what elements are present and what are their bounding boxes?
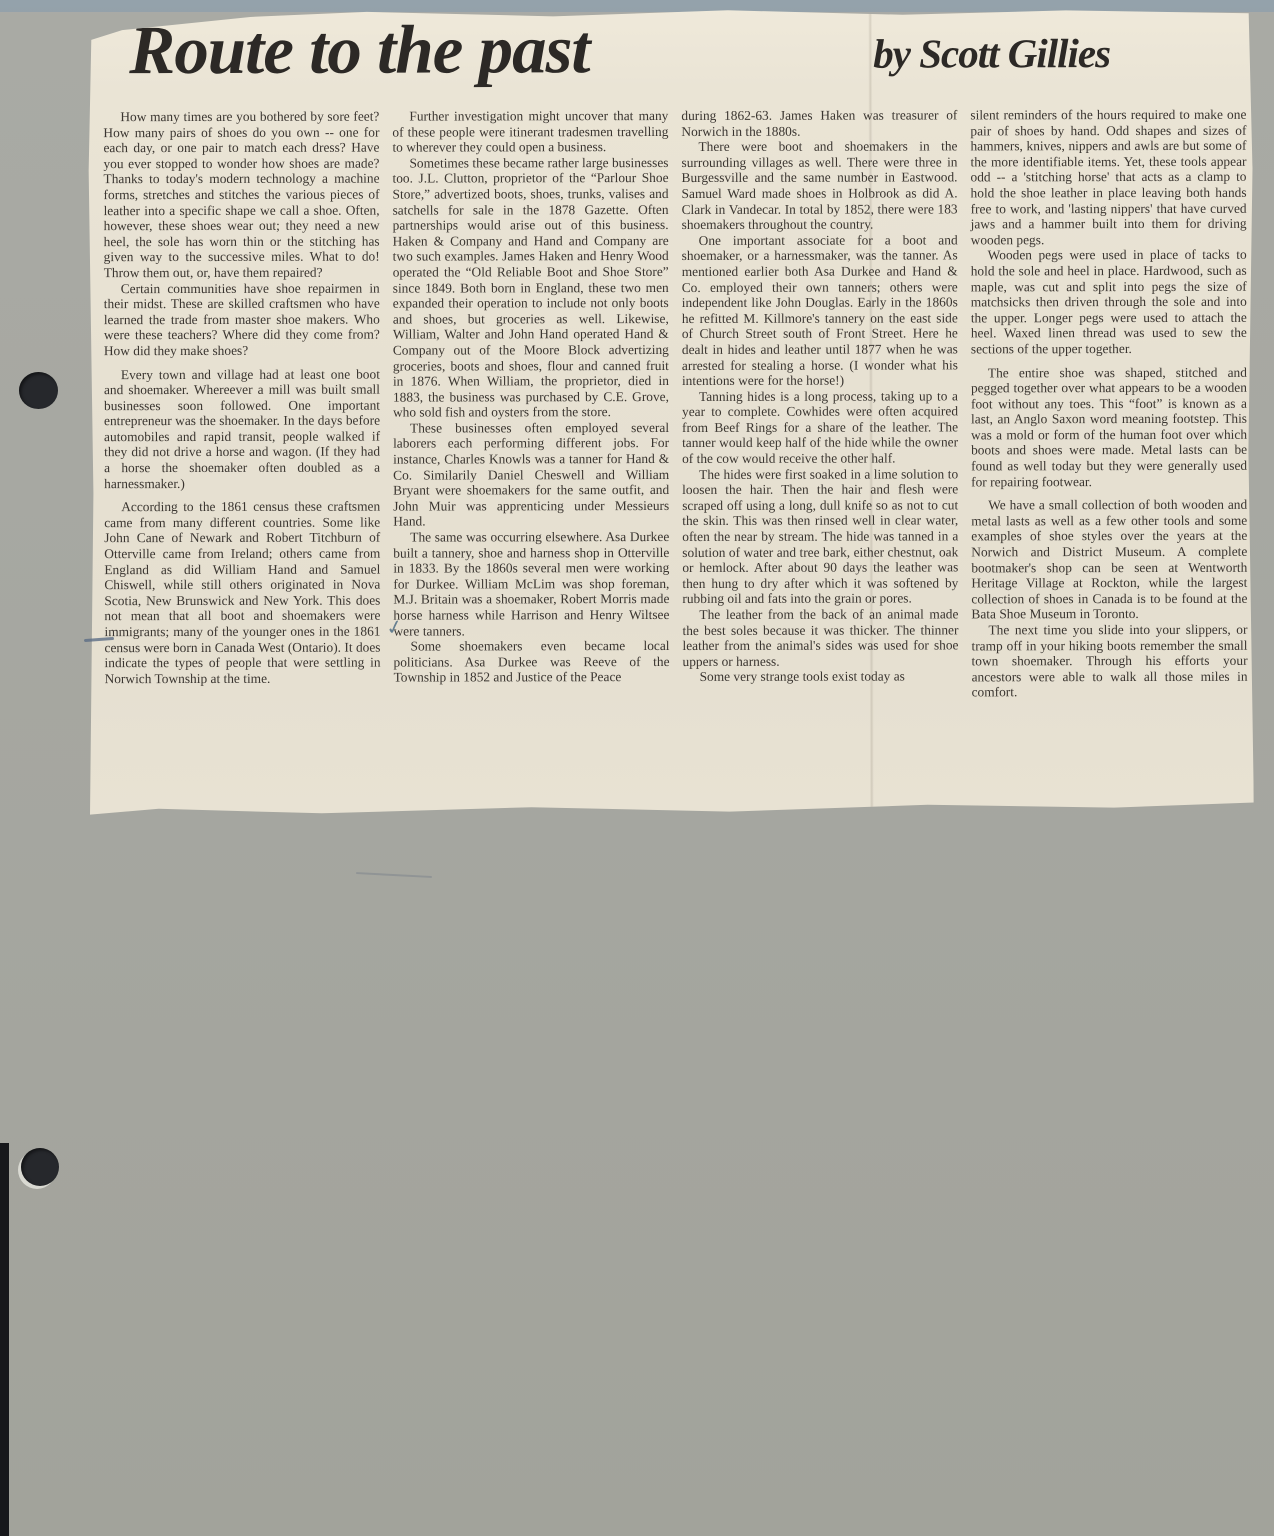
article-paragraph: How many times are you bothered by sore … [103,109,379,281]
pencil-scratch-mark [356,872,432,878]
newspaper-clipping: Route to the past by Scott Gillies How m… [87,7,1254,816]
article-paragraph: We have a small collection of both woode… [971,497,1247,622]
page-left-edge-shadow [0,1143,9,1536]
article-paragraph: silent reminders of the hours required t… [970,107,1246,248]
article-paragraph: Wooden pegs were used in place of tacks … [971,247,1247,357]
article-paragraph: Tanning hides is a long process, taking … [682,388,958,467]
article-paragraph: Further investigation might uncover that… [392,108,668,155]
article-paragraph: Sometimes these became rather large busi… [392,155,669,421]
article-paragraph: Every town and village had at least one … [104,366,380,491]
article-paragraph: during 1862-63. James Haken was treasure… [681,107,957,139]
article-paragraph: The next time you slide into your slippe… [971,622,1247,701]
article-paragraph: According to the 1861 census these craft… [104,499,380,687]
article-paragraph: These businesses often employed several … [393,420,669,530]
article-paragraph: There were boot and shoemakers in the su… [681,139,957,233]
headline: Route to the past [129,10,589,90]
punch-hole-bottom [21,1148,59,1186]
article-paragraph: Some very strange tools exist today as [683,669,959,685]
article-paragraph: The leather from the back of an animal m… [682,606,958,669]
article-column-1: How many times are you bothered by sore … [103,109,380,703]
article-column-4: silent reminders of the hours required t… [970,107,1247,701]
article-columns: How many times are you bothered by sore … [87,99,1253,702]
article-paragraph: Certain communities have shoe repairmen … [104,280,380,359]
article-paragraph: The same was occurring elsewhere. Asa Du… [393,529,669,639]
article-column-3: during 1862-63. James Haken was treasure… [681,107,958,701]
punch-hole-top [19,372,58,409]
byline: by Scott Gillies [873,29,1110,77]
article-paragraph: Some shoemakers even became local politi… [393,638,669,685]
article-paragraph: One important associate for a boot and s… [682,232,958,389]
article-paragraph: The entire shoe was shaped, stitched and… [971,364,1247,489]
article-paragraph: The hides were first soaked in a lime so… [682,466,958,607]
page-top-edge [0,0,1274,12]
article-column-2: Further investigation might uncover that… [392,108,669,702]
masthead: Route to the past by Scott Gillies [87,7,1252,101]
